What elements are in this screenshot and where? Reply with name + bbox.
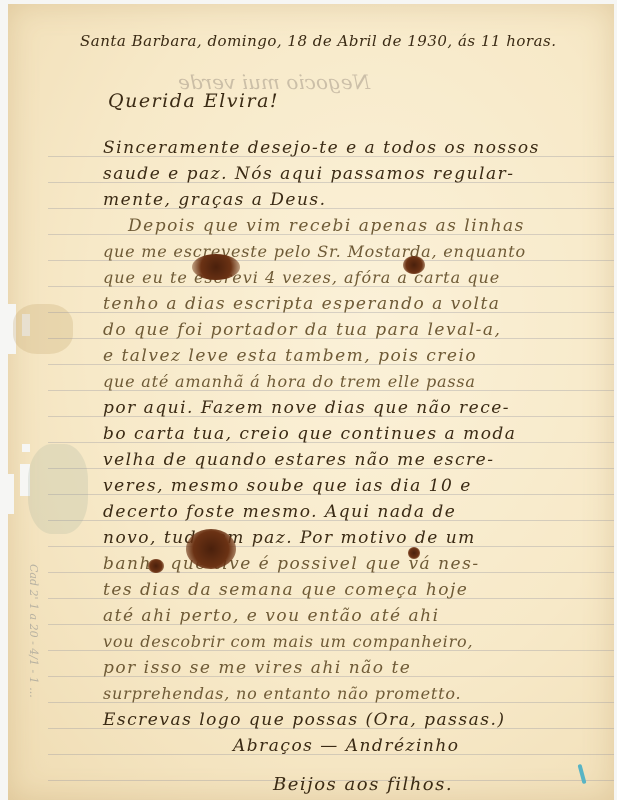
body-line: veres, mesmo soube que ias dia 10 e [103, 476, 472, 496]
body-line: decerto foste mesmo. Aqui nada de [103, 502, 456, 522]
ink-stain [186, 529, 236, 569]
body-line: por isso se me vires ahi não te [103, 658, 411, 678]
body-line: saude e paz. Nós aqui passamos regular- [103, 164, 515, 184]
body-line: velha de quando estares não me escre- [103, 450, 494, 470]
torn-edge [22, 444, 30, 452]
ink-stain [192, 254, 240, 280]
torn-edge [8, 474, 14, 514]
body-line: bo carta tua, creio que continues a moda [103, 424, 516, 444]
margin-notes: Cad 2' 1 a 20 - 4/1 - 1 ... [27, 564, 40, 698]
body-line: surprehendas, no entanto não prometto. [103, 684, 461, 703]
closing-signature: Abraços — Andrézinho [233, 736, 460, 756]
body-line: Depois que vim recebi apenas as linhas [128, 216, 525, 236]
body-line: tes dias da semana que começa hoje [103, 580, 468, 600]
ink-stain [408, 547, 420, 559]
letter-page: Negocio mui verde Cad 2' 1 a 20 - 4/1 - … [8, 4, 614, 800]
postscript: Beijos aos filhos. [273, 774, 453, 795]
body-line: por aqui. Fazem nove dias que não rece- [103, 398, 510, 418]
body-line: que até amanhã á hora do trem elle passa [103, 372, 476, 391]
body-line: até ahi perto, e vou então até ahi [103, 606, 440, 626]
body-line: mente, graças a Deus. [103, 190, 327, 210]
body-line: do que foi portador da tua para leval-a, [103, 320, 501, 340]
body-line: novo, tudo em paz. Por motivo de um [103, 528, 476, 548]
body-line: que eu te escrevi 4 vezes, afóra a carta… [103, 268, 500, 287]
place-date-line: Santa Barbara, domingo, 18 de Abril de 1… [80, 32, 557, 50]
blue-ink-mark [577, 764, 586, 784]
body-line: Sinceramente desejo-te e a todos os noss… [103, 138, 540, 158]
body-line: Escrevas logo que possas (Ora, passas.) [103, 710, 506, 730]
salutation: Querida Elvira! [108, 90, 279, 112]
body-line: que me escreveste pelo Sr. Mostarda, enq… [103, 242, 526, 261]
body-line: e talvez leve esta tambem, pois creio [103, 346, 477, 366]
ink-stain [148, 559, 164, 573]
body-line: tenho a dias escripta esperando a volta [103, 294, 500, 314]
ink-stain [403, 256, 425, 274]
body-line: vou descobrir com mais um companheiro, [103, 632, 473, 651]
